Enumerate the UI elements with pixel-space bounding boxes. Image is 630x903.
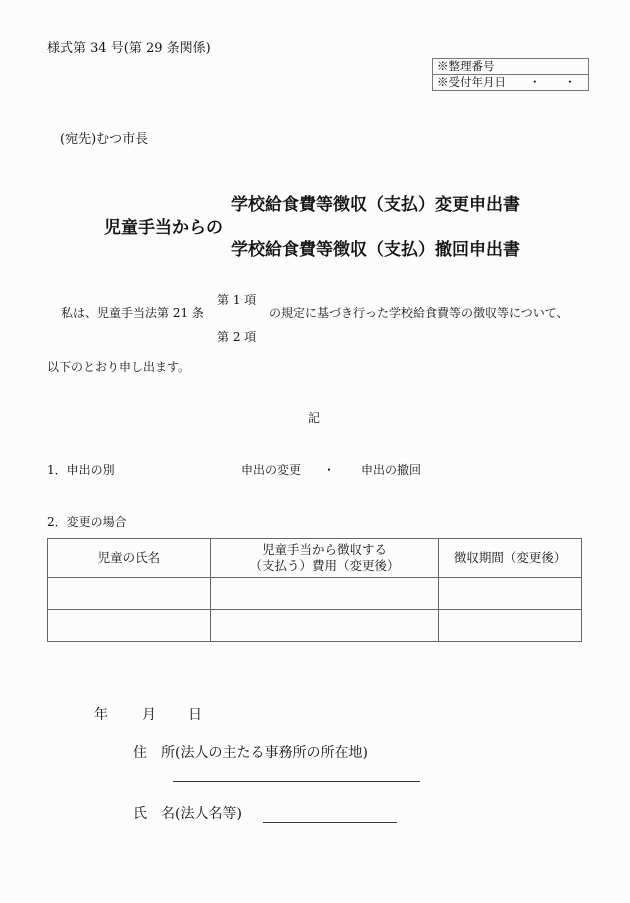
address-field[interactable] <box>173 781 420 782</box>
form-number: 様式第 34 号(第 29 条関係) <box>47 41 211 57</box>
date-year[interactable]: 年 <box>94 706 108 724</box>
option-withdraw[interactable]: 申出の撤回 <box>361 463 421 478</box>
cell-period[interactable] <box>439 610 582 642</box>
header-fee: 児童手当から徴収する （支払う）費用（変更後） <box>210 539 439 578</box>
clause-option-2[interactable]: 第 2 項 <box>217 330 256 345</box>
header-period: 徴収期間（変更後） <box>439 539 582 578</box>
cell-fee[interactable] <box>210 578 439 610</box>
cell-child-name[interactable] <box>48 610 211 642</box>
section1-label: 1．申出の別 <box>47 463 115 478</box>
cell-period[interactable] <box>439 578 582 610</box>
receipt-box: ※整理番号 ※受付年月日 ・ ・ <box>432 58 589 91</box>
header-child-name: 児童の氏名 <box>48 539 211 578</box>
receipt-number-label: ※整理番号 <box>437 59 495 73</box>
table-row <box>48 578 582 610</box>
header-fee-line1: 児童手当から徴収する <box>211 542 439 558</box>
date-day[interactable]: 日 <box>188 706 202 724</box>
title-prefix: 児童手当からの <box>104 218 223 238</box>
header-fee-line2: （支払う）費用（変更後） <box>211 558 439 574</box>
clause-option-1[interactable]: 第 1 項 <box>217 293 256 308</box>
address-label: 住 所(法人の主たる事務所の所在地) <box>133 744 368 762</box>
date-month[interactable]: 月 <box>142 706 156 724</box>
table-header-row: 児童の氏名 児童手当から徴収する （支払う）費用（変更後） 徴収期間（変更後） <box>48 539 582 578</box>
receipt-row-date: ※受付年月日 ・ ・ <box>433 74 588 90</box>
receipt-date-value: ・ ・ <box>529 75 586 90</box>
option-change[interactable]: 申出の変更 <box>241 463 301 478</box>
receipt-row-number: ※整理番号 <box>433 59 588 74</box>
body-lead: 私は、児童手当法第 21 条 <box>61 306 204 321</box>
name-field[interactable] <box>263 822 397 823</box>
table-row <box>48 610 582 642</box>
option-separator: ・ <box>323 463 335 478</box>
name-label: 氏 名(法人名等) <box>133 805 242 823</box>
receipt-date-label: ※受付年月日 <box>437 75 506 89</box>
body-line2: 以下のとおり申し出ます。 <box>47 360 190 375</box>
title-withdraw: 学校給食費等徴収（支払）撤回申出書 <box>231 240 520 260</box>
cell-fee[interactable] <box>210 610 439 642</box>
section2-label: 2．変更の場合 <box>47 515 127 530</box>
addressee: (宛先)むつ市長 <box>60 132 148 148</box>
body-continuation: の規定に基づき行った学校給食費等の徴収等について、 <box>269 306 569 321</box>
ki-heading: 記 <box>308 411 320 426</box>
change-table: 児童の氏名 児童手当から徴収する （支払う）費用（変更後） 徴収期間（変更後） <box>47 538 582 642</box>
cell-child-name[interactable] <box>48 578 211 610</box>
title-change: 学校給食費等徴収（支払）変更申出書 <box>231 195 520 215</box>
